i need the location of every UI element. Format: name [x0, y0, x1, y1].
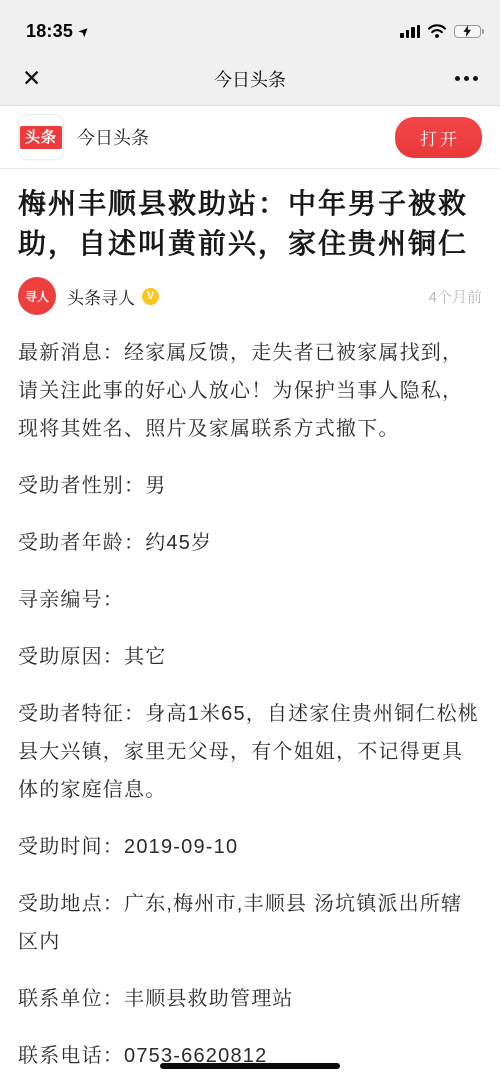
verified-badge-icon: V	[142, 288, 159, 305]
author-avatar[interactable]: 寻人	[18, 277, 56, 315]
close-icon[interactable]: ✕	[22, 67, 41, 90]
article-paragraph: 受助者年龄：约45岁	[18, 524, 482, 562]
app-name: 今日头条	[77, 124, 149, 150]
article-paragraph: 联系单位：丰顺县救助管理站	[18, 980, 482, 1018]
wifi-icon	[427, 24, 447, 38]
home-indicator[interactable]	[160, 1063, 340, 1069]
article-title: 梅州丰顺县救助站：中年男子被救助，自述叫黄前兴，家住贵州铜仁	[18, 184, 482, 264]
article-paragraph: 受助原因：其它	[18, 638, 482, 676]
article-paragraph: 联系电话：0753-6620812	[18, 1037, 482, 1075]
in-app-browser-navbar: 今日头条 ✕	[0, 52, 500, 106]
article-paragraph: 受助者性别：男	[18, 467, 482, 505]
location-arrow-icon: ➤	[75, 22, 94, 41]
article-paragraph: 最新消息：经家属反馈，走失者已被家属找到，请关注此事的好心人放心！为保护当事人隐…	[18, 334, 482, 448]
author-name[interactable]: 头条寻人	[67, 284, 135, 309]
article-paragraph: 受助时间：2019-09-10	[18, 828, 482, 866]
article-paragraph: 寻亲编号：	[18, 581, 482, 619]
author-row: 寻人 头条寻人 V 4个月前	[18, 277, 482, 315]
battery-charging-icon	[454, 25, 484, 38]
navbar-title: 今日头条	[0, 66, 500, 92]
publish-timestamp: 4个月前	[429, 286, 482, 307]
article-body: 最新消息：经家属反馈，走失者已被家属找到，请关注此事的好心人放心！为保护当事人隐…	[18, 334, 482, 1075]
article-paragraph: 受助者特征：身高1米65，自述家住贵州铜仁松桃县大兴镇，家里无父母，有个姐姐，不…	[18, 695, 482, 809]
more-menu-icon[interactable]	[455, 76, 478, 81]
article-paragraph: 受助地点：广东,梅州市,丰顺县 汤坑镇派出所辖区内	[18, 885, 482, 961]
toutiao-logo-text: 头条	[20, 126, 62, 149]
open-app-button[interactable]: 打开	[395, 117, 482, 158]
status-bar: 18:35 ➤	[0, 0, 500, 52]
app-open-banner: 头条 今日头条 打开	[0, 106, 500, 169]
article-container: 梅州丰顺县救助站：中年男子被救助，自述叫黄前兴，家住贵州铜仁 寻人 头条寻人 V…	[0, 184, 500, 1075]
toutiao-logo-icon: 头条	[18, 114, 64, 160]
cellular-signal-icon	[400, 25, 420, 38]
clock-time: 18:35	[26, 21, 73, 42]
